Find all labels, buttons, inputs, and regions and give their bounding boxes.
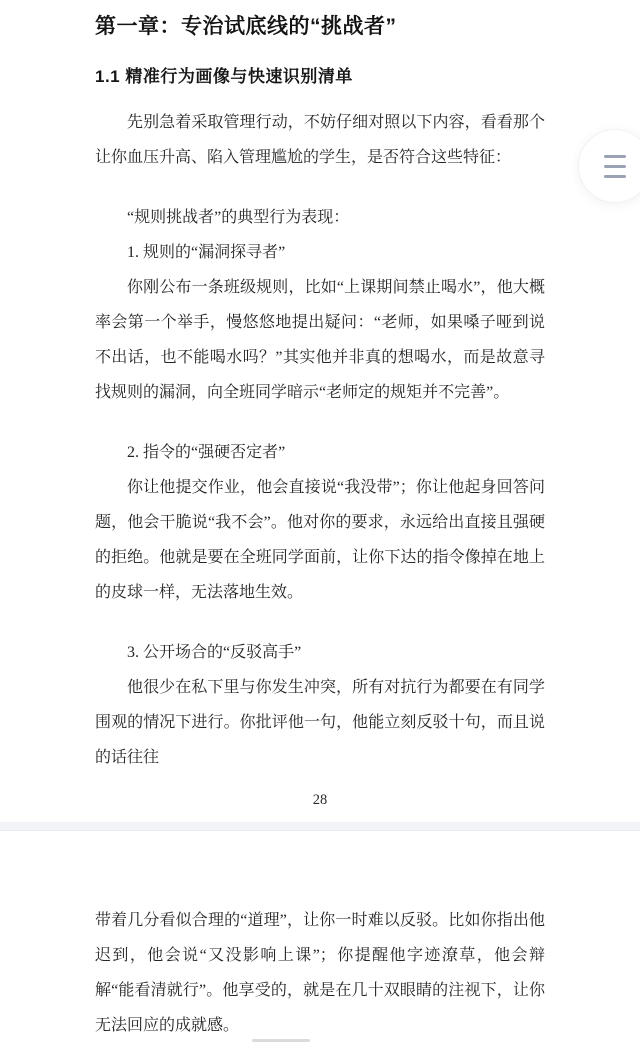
section-heading: 1.1 精准行为画像与快速识别清单 bbox=[95, 65, 545, 89]
item-3-heading: 3. 公开场合的“反驳高手” bbox=[95, 635, 545, 670]
paragraph-intro: 先别急着采取管理行动，不妨仔细对照以下内容，看看那个让你血压升高、陷入管理尴尬的… bbox=[95, 105, 545, 175]
menu-button[interactable] bbox=[578, 129, 640, 203]
hamburger-menu-icon bbox=[604, 155, 626, 178]
hamburger-bar bbox=[604, 155, 626, 158]
item-3-body: 他很少在私下里与你发生冲突，所有对抗行为都要在有同学围观的情况下进行。你批评他一… bbox=[95, 670, 545, 775]
continuation-paragraph: 带着几分看似合理的“道理”，让你一时难以反驳。比如你指出他迟到，他会说“又没影响… bbox=[95, 903, 545, 1042]
page-2: 带着几分看似合理的“道理”，让你一时难以反驳。比如你指出他迟到，他会说“又没影响… bbox=[95, 903, 545, 1042]
item-1-heading: 1. 规则的“漏洞探寻者” bbox=[95, 235, 545, 270]
page-1: 第一章：专治试底线的“挑战者” 1.1 精准行为画像与快速识别清单 先别急着采取… bbox=[95, 0, 545, 811]
reader-viewport: 第一章：专治试底线的“挑战者” 1.1 精准行为画像与快速识别清单 先别急着采取… bbox=[0, 0, 640, 1042]
item-1-body: 你刚公布一条班级规则，比如“上课期间禁止喝水”，他大概率会第一个举手，慢悠悠地提… bbox=[95, 270, 545, 410]
hamburger-bar bbox=[604, 165, 626, 168]
list-title: “规则挑战者”的典型行为表现： bbox=[95, 200, 545, 235]
hamburger-bar bbox=[604, 175, 626, 178]
page-number: 28 bbox=[95, 789, 545, 811]
chapter-title: 第一章：专治试底线的“挑战者” bbox=[95, 13, 545, 41]
item-2-body: 你让他提交作业，他会直接说“我没带”；你让他起身回答问题，他会干脆说“我不会”。… bbox=[95, 470, 545, 610]
item-2-heading: 2. 指令的“强硬否定者” bbox=[95, 435, 545, 470]
page-separator bbox=[0, 822, 640, 831]
